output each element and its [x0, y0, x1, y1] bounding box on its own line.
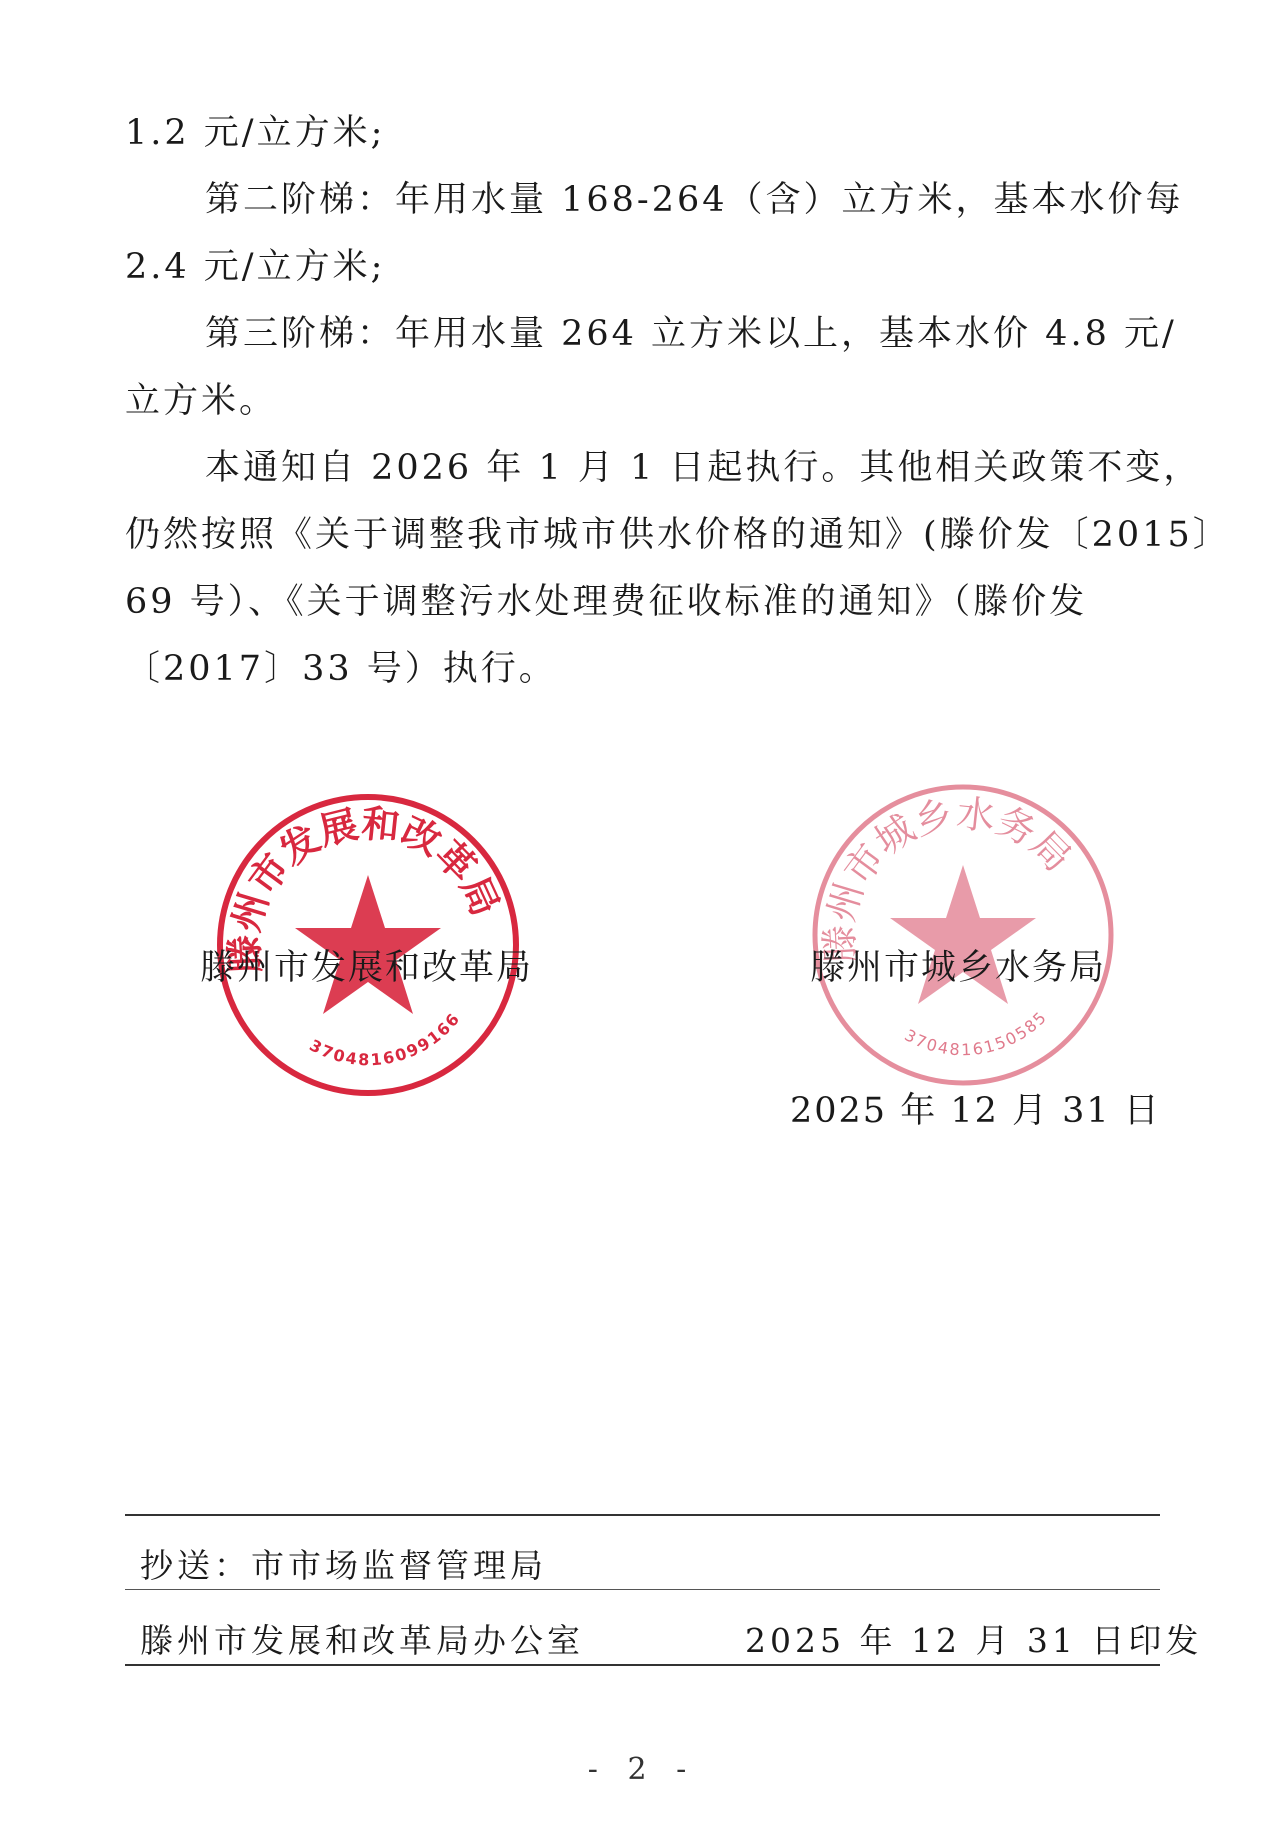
- body-line-4: 第三阶梯：年用水量 264 立方米以上，基本水价 4.8 元/: [205, 314, 1177, 354]
- cc-recipients: 抄送：市市场监督管理局: [140, 1540, 547, 1587]
- body-line-9: 〔2017〕33 号）执行。: [125, 649, 557, 689]
- signature-date: 2025 年 12 月 31 日: [790, 1083, 1161, 1133]
- footer-top-rule: [125, 1514, 1160, 1516]
- official-seal-right-icon: 滕州市城乡水务局 3704816150585: [808, 780, 1118, 1090]
- signature-left-org: 滕州市发展和改革局: [200, 940, 533, 990]
- body-line-1: 1.2 元/立方米;: [125, 113, 385, 153]
- body-line-3: 2.4 元/立方米;: [125, 247, 385, 287]
- footer-bottom-rule: [125, 1664, 1160, 1666]
- body-line-2: 第二阶梯：年用水量 168-264（含）立方米，基本水价每: [205, 180, 1184, 220]
- footer-middle-rule: [125, 1589, 1160, 1590]
- body-line-8: 69 号）、《关于调整污水处理费征收标准的通知》（滕价发: [125, 582, 1087, 622]
- svg-text:3704816150585: 3704816150585: [901, 1007, 1051, 1059]
- page-number: - 2 -: [0, 1752, 1284, 1787]
- body-line-6: 本通知自 2026 年 1 月 1 日起执行。其他相关政策不变，: [205, 448, 1201, 488]
- signature-right-org: 滕州市城乡水务局: [810, 940, 1106, 990]
- svg-text:3704816099166: 3704816099166: [306, 1008, 464, 1069]
- issue-date: 2025 年 12 月 31 日印发: [745, 1615, 1202, 1662]
- body-line-7: 仍然按照《关于调整我市城市供水价格的通知》(滕价发〔2015〕: [125, 515, 1231, 555]
- body-line-5: 立方米。: [125, 381, 277, 421]
- issuing-office: 滕州市发展和改革局办公室: [140, 1615, 584, 1662]
